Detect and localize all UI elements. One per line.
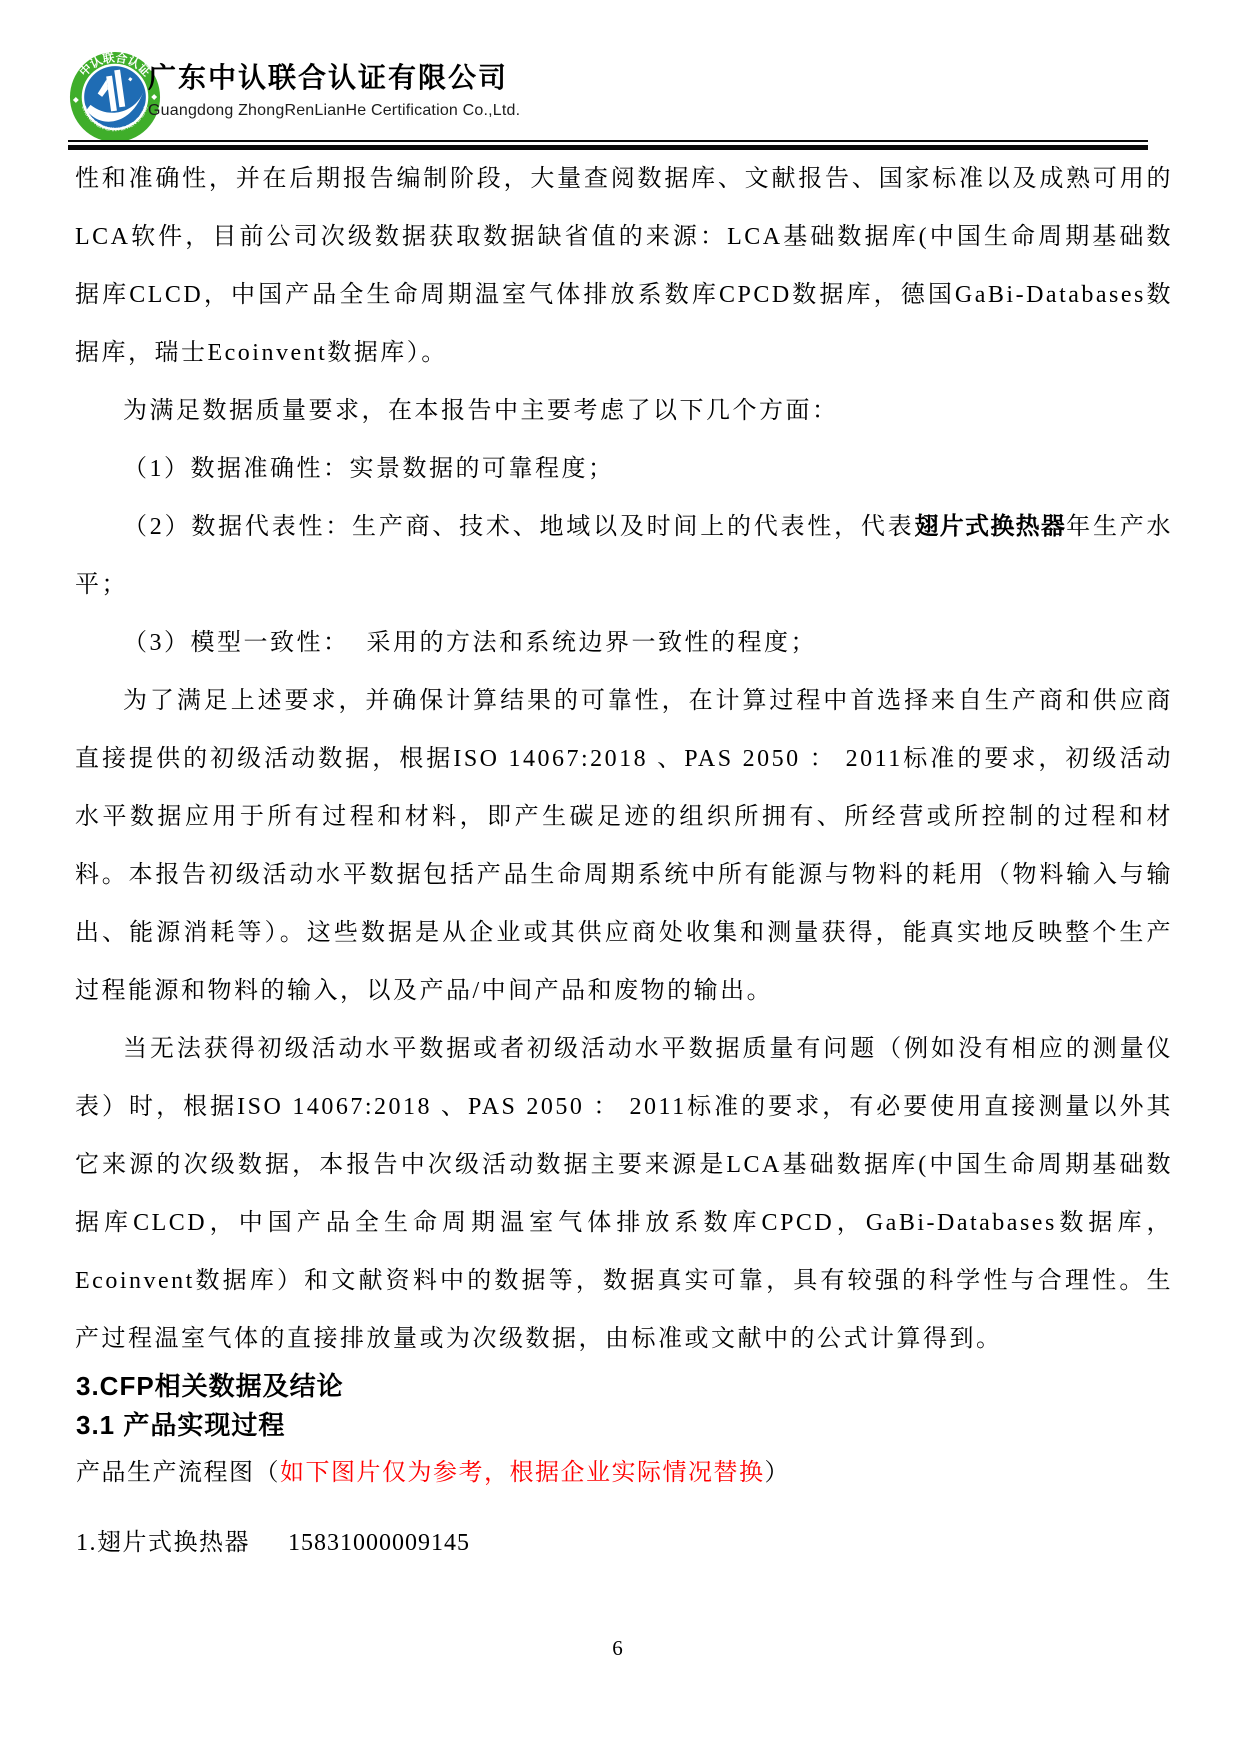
flow-diagram-label: 产品生产流程图（如下图片仅为参考，根据企业实际情况替换） [76, 1452, 790, 1487]
paragraph-data-sources: 性和准确性，并在后期报告编制阶段，大量查阅数据库、文献报告、国家标准以及成熟可用… [75, 150, 1173, 382]
list-item-2-text: （2）数据代表性：生产商、技术、地域以及时间上的代表性，代表 [123, 514, 914, 540]
paragraph-quality-intro: 为满足数据质量要求，在本报告中主要考虑了以下几个方面： [75, 382, 1173, 440]
product-name-highlight: 翅片式换热器 [914, 513, 1066, 540]
company-name-en: Guangdong ZhongRenLianHe Certification C… [148, 102, 520, 120]
product-item-code: 15831000009145 [288, 1530, 470, 1556]
subsection-heading-product-process: 3.1 产品实现过程 [76, 1405, 285, 1442]
paragraph-secondary-data: 当无法获得初级活动水平数据或者初级活动水平数据质量有问题（例如没有相应的测量仪表… [75, 1020, 1173, 1360]
product-item-line: 1.翅片式换热器15831000009145 [76, 1522, 470, 1557]
list-item-accuracy: （1）数据准确性：实景数据的可靠程度； [75, 440, 1173, 498]
list-item-representativeness: （2）数据代表性：生产商、技术、地域以及时间上的代表性，代表翅片式换热器年生产水… [75, 498, 1173, 614]
flow-label-red-note: 如下图片仅为参考，根据企业实际情况替换 [280, 1460, 765, 1486]
header-divider [68, 140, 1148, 150]
page-footer: 6 [0, 1636, 1235, 1661]
flow-label-close: ） [765, 1460, 791, 1486]
document-page: 中认联合认证 ZHONG REN LIAN HE REN ZHENG 广东中认联… [0, 0, 1235, 1749]
page-number: 6 [612, 1636, 623, 1660]
list-item-consistency: （3）模型一致性： 采用的方法和系统边界一致性的程度； [75, 614, 1173, 672]
product-item-label: 1.翅片式换热器 [76, 1530, 250, 1556]
company-name-cn: 广东中认联合认证有限公司 [148, 56, 508, 96]
flow-label-text: 产品生产流程图（ [76, 1460, 280, 1486]
paragraph-primary-data: 为了满足上述要求，并确保计算结果的可靠性，在计算过程中首选择来自生产商和供应商直… [75, 672, 1173, 1020]
document-body: 性和准确性，并在后期报告编制阶段，大量查阅数据库、文献报告、国家标准以及成熟可用… [75, 150, 1173, 1360]
section-heading-cfp: 3.CFP相关数据及结论 [76, 1366, 344, 1403]
